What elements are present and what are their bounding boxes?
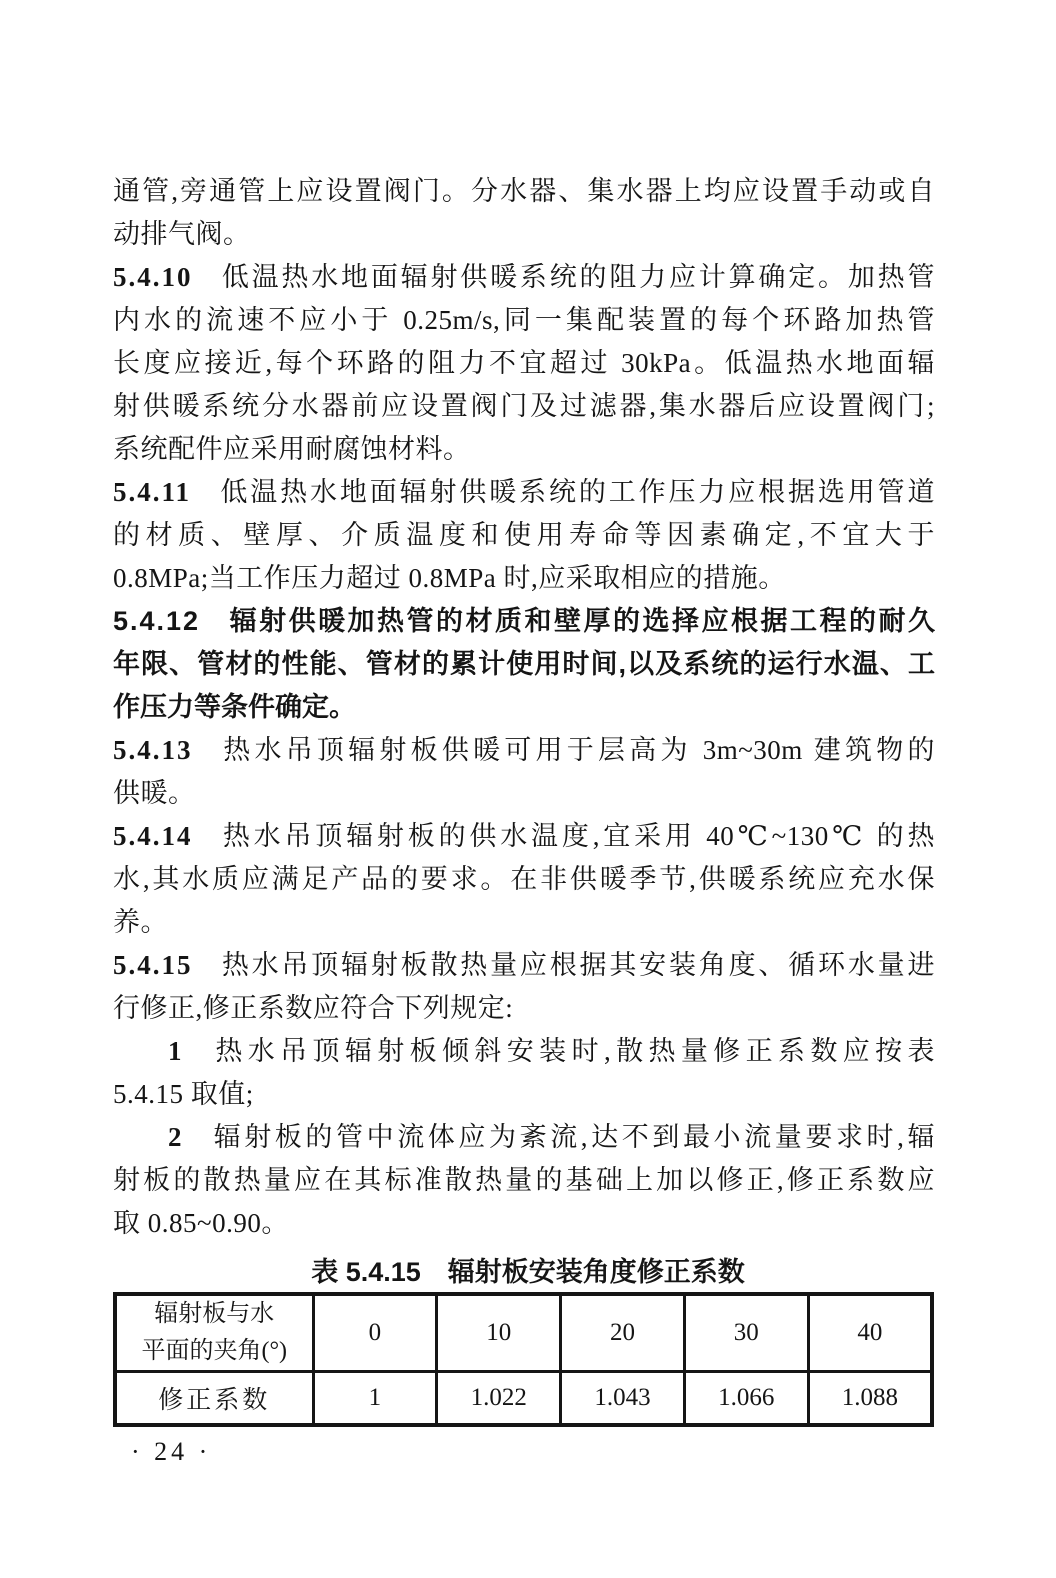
line-text: 年限、管材的性能、管材的累计使用时间,以及系统的运行水温、工 bbox=[113, 649, 935, 679]
line-text: 取 0.85~0.90。 bbox=[113, 1208, 289, 1238]
coefficient-value-cell: 1.088 bbox=[808, 1372, 932, 1426]
line-text: 热水吊顶辐射板供暖可用于层高为 3m~30m 建筑物的 bbox=[220, 735, 936, 765]
text-line: 取 0.85~0.90。 bbox=[113, 1202, 935, 1245]
table-corner-cell: 辐射板与水平面的夹角(°) bbox=[115, 1294, 313, 1372]
text-line: 动排气阀。 bbox=[113, 213, 935, 256]
text-line: 射供暖系统分水器前应设置阀门及过滤器,集水器后应设置阀门; bbox=[113, 385, 935, 428]
text-line: 通管,旁通管上应设置阀门。分水器、集水器上均应设置手动或自 bbox=[113, 170, 935, 213]
section-number: 5.4.15 bbox=[113, 950, 193, 980]
table-header-row: 辐射板与水平面的夹角(°)010203040 bbox=[115, 1294, 932, 1372]
text-line: 年限、管材的性能、管材的累计使用时间,以及系统的运行水温、工 bbox=[113, 643, 935, 686]
section-line: 1热水吊顶辐射板倾斜安装时,散热量修正系数应按表 bbox=[113, 1030, 935, 1073]
text-line: 的材质、壁厚、介质温度和使用寿命等因素确定,不宜大于 bbox=[113, 514, 935, 557]
section-line: 2辐射板的管中流体应为紊流,达不到最小流量要求时,辐 bbox=[113, 1116, 935, 1159]
line-text: 供暖。 bbox=[113, 778, 196, 808]
line-text: 低温热水地面辐射供暖系统的工作压力应根据选用管道 bbox=[218, 477, 935, 507]
table-data-row: 修正系数11.0221.0431.0661.088 bbox=[115, 1372, 932, 1426]
angle-header-cell: 0 bbox=[313, 1294, 437, 1372]
line-text: 5.4.15 取值; bbox=[113, 1079, 254, 1109]
text-line: 作压力等条件确定。 bbox=[113, 686, 935, 729]
text-line: 水,其水质应满足产品的要求。在非供暖季节,供暖系统应充水保 bbox=[113, 858, 935, 901]
line-text: 行修正,修正系数应符合下列规定: bbox=[113, 993, 513, 1023]
correction-coefficient-table: 辐射板与水平面的夹角(°)010203040修正系数11.0221.0431.0… bbox=[113, 1292, 934, 1427]
coefficient-value-cell: 1.022 bbox=[437, 1372, 561, 1426]
angle-header-cell: 40 bbox=[808, 1294, 932, 1372]
table-title: 表 5.4.15 辐射板安装角度修正系数 bbox=[0, 1250, 1056, 1289]
text-line: 供暖。 bbox=[113, 772, 935, 815]
line-text: 热水吊顶辐射板散热量应根据其安装角度、循环水量进 bbox=[220, 950, 936, 980]
corner-cell-line: 平面的夹角(°) bbox=[117, 1333, 312, 1370]
document-page: 通管,旁通管上应设置阀门。分水器、集水器上均应设置手动或自动排气阀。5.4.10… bbox=[0, 0, 1056, 1578]
coefficient-value-cell: 1.066 bbox=[684, 1372, 808, 1426]
line-text: 养。 bbox=[113, 907, 168, 937]
angle-header-cell: 30 bbox=[684, 1294, 808, 1372]
text-line: 射板的散热量应在其标准散热量的基础上加以修正,修正系数应 bbox=[113, 1159, 935, 1202]
coefficient-value-cell: 1.043 bbox=[561, 1372, 685, 1426]
coefficient-value-cell: 1 bbox=[313, 1372, 437, 1426]
section-number: 5.4.12 bbox=[113, 606, 200, 636]
section-line: 5.4.10低温热水地面辐射供暖系统的阻力应计算确定。加热管 bbox=[113, 256, 935, 299]
text-line: 0.8MPa;当工作压力超过 0.8MPa 时,应采取相应的措施。 bbox=[113, 557, 935, 600]
section-number: 5.4.10 bbox=[113, 262, 193, 292]
coefficient-row-label: 修正系数 bbox=[115, 1372, 313, 1426]
line-text: 长度应接近,每个环路的阻力不宜超过 30kPa。低温热水地面辐 bbox=[113, 348, 935, 378]
section-number: 5.4.13 bbox=[113, 735, 193, 765]
line-text: 射供暖系统分水器前应设置阀门及过滤器,集水器后应设置阀门; bbox=[113, 391, 935, 421]
line-text: 辐射板的管中流体应为紊流,达不到最小流量要求时,辐 bbox=[211, 1122, 936, 1152]
line-text: 0.8MPa;当工作压力超过 0.8MPa 时,应采取相应的措施。 bbox=[113, 563, 786, 593]
line-text: 的材质、壁厚、介质温度和使用寿命等因素确定,不宜大于 bbox=[113, 520, 935, 550]
angle-header-cell: 20 bbox=[561, 1294, 685, 1372]
page-number: · 24 · bbox=[131, 1437, 211, 1467]
text-line: 长度应接近,每个环路的阻力不宜超过 30kPa。低温热水地面辐 bbox=[113, 342, 935, 385]
text-line: 5.4.15 取值; bbox=[113, 1073, 935, 1116]
section-line: 5.4.11低温热水地面辐射供暖系统的工作压力应根据选用管道 bbox=[113, 471, 935, 514]
section-number: 5.4.14 bbox=[113, 821, 193, 851]
line-text: 系统配件应采用耐腐蚀材料。 bbox=[113, 434, 471, 464]
corner-cell-line: 辐射板与水 bbox=[117, 1296, 312, 1333]
line-text: 通管,旁通管上应设置阀门。分水器、集水器上均应设置手动或自 bbox=[113, 176, 935, 206]
text-line: 养。 bbox=[113, 901, 935, 944]
section-line: 5.4.12辐射供暖加热管的材质和壁厚的选择应根据工程的耐久 bbox=[113, 600, 935, 643]
body-text: 通管,旁通管上应设置阀门。分水器、集水器上均应设置手动或自动排气阀。5.4.10… bbox=[113, 170, 935, 1245]
section-line: 5.4.15热水吊顶辐射板散热量应根据其安装角度、循环水量进 bbox=[113, 944, 935, 987]
angle-header-cell: 10 bbox=[437, 1294, 561, 1372]
line-text: 水,其水质应满足产品的要求。在非供暖季节,供暖系统应充水保 bbox=[113, 864, 935, 894]
section-number: 5.4.11 bbox=[113, 477, 191, 507]
section-line: 5.4.14热水吊顶辐射板的供水温度,宜采用 40℃~130℃ 的热 bbox=[113, 815, 935, 858]
section-number: 1 bbox=[168, 1036, 184, 1066]
line-text: 动排气阀。 bbox=[113, 219, 251, 249]
line-text: 辐射供暖加热管的材质和壁厚的选择应根据工程的耐久 bbox=[227, 606, 935, 636]
text-line: 系统配件应采用耐腐蚀材料。 bbox=[113, 428, 935, 471]
section-line: 5.4.13热水吊顶辐射板供暖可用于层高为 3m~30m 建筑物的 bbox=[113, 729, 935, 772]
line-text: 射板的散热量应在其标准散热量的基础上加以修正,修正系数应 bbox=[113, 1165, 935, 1195]
line-text: 作压力等条件确定。 bbox=[113, 692, 356, 722]
section-number: 2 bbox=[168, 1122, 184, 1152]
line-text: 热水吊顶辐射板倾斜安装时,散热量修正系数应按表 bbox=[211, 1036, 936, 1066]
text-line: 内水的流速不应小于 0.25m/s,同一集配装置的每个环路加热管 bbox=[113, 299, 935, 342]
line-text: 热水吊顶辐射板的供水温度,宜采用 40℃~130℃ 的热 bbox=[220, 821, 936, 851]
line-text: 内水的流速不应小于 0.25m/s,同一集配装置的每个环路加热管 bbox=[113, 305, 935, 335]
text-line: 行修正,修正系数应符合下列规定: bbox=[113, 987, 935, 1030]
line-text: 低温热水地面辐射供暖系统的阻力应计算确定。加热管 bbox=[220, 262, 936, 292]
